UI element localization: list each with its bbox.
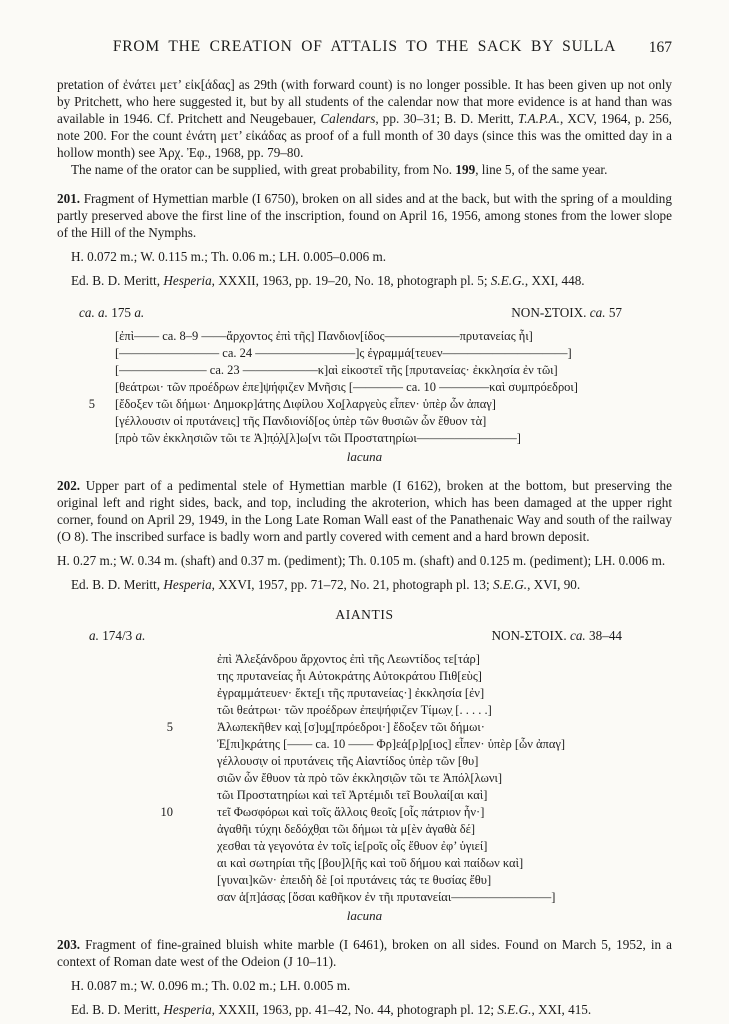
entry-203-text: Fragment of fine-grained bluish white ma…	[57, 937, 672, 969]
greek-text: σαν ἁ[π]άσα̣ς [ὅσαι καθῆκον ἐν τῆι πρυτα…	[217, 890, 555, 904]
inscription-202-line-8: σιῶν ὧν ἔθυον τὰ πρὸ τῶν ἐκκλησι̣ῶν τῶι …	[217, 770, 672, 787]
orator-note-ref-number: 199	[455, 162, 475, 177]
greek-text: ἀγαθῆι τύχηι δεδόχ̣θ̣αι τῶι δήμωι τὰ μ[ὲ…	[217, 822, 475, 836]
inscription-202: ἐπὶ Ἀλεξάνδρου ἄρχοντος ἐπὶ τῆς Λεωντίδο…	[217, 651, 672, 906]
book-page: FROM THE CREATION OF ATTALIS TO THE SACK…	[0, 0, 729, 1024]
entry-201-number: 201.	[57, 191, 80, 206]
entry-203-description: 203. Fragment of fine-grained bluish whi…	[57, 936, 672, 970]
entry-203-edition: Ed. B. D. Meritt, Hesperia, XXXII, 1963,…	[57, 1001, 672, 1018]
entry-202-number: 202.	[57, 478, 80, 493]
inscription-201-line-2: [———————— ca. 24 ————————]ς ἐγραμμά[τευε…	[115, 345, 672, 362]
entry-201-stoich-note: ΝΟΝ-ΣΤΟΙΧ. ca. 57	[511, 304, 672, 321]
inscription-201-line-1: [ἐπὶ—— ca. 8–9 ——ἄρχοντος ἐπὶ τῆς] Πανδι…	[115, 328, 672, 345]
intro-paragraph: pretation of ἐνάτει μετ’ εἰκ[άδας] as 29…	[57, 76, 672, 161]
inscription-202-line-1: ἐπὶ Ἀλεξάνδρου ἄρχοντος ἐπὶ τῆς Λεωντίδο…	[217, 651, 672, 668]
entry-202-stoich-value: 38–44	[586, 628, 622, 643]
greek-text: τῶι θεάτρωι· τῶν προέδρων ἐπεψήφιζεν Τίμ…	[217, 703, 492, 717]
intro-text-2: , pp. 30–31; B. D. Meritt,	[375, 111, 518, 126]
inscription-202-line-12: χεσθαι τὰ γεγονότα ἐν τοῖς ἱε[ροῖς οἷς ἔ…	[217, 838, 672, 855]
entry-202-ed-text-1: Ed. B. D. Meritt,	[71, 577, 163, 592]
line-number: 5	[89, 396, 95, 413]
entry-202-date-value: 174/3	[99, 628, 136, 643]
entry-202-dimensions: H. 0.27 m.; W. 0.34 m. (shaft) and 0.37 …	[57, 552, 672, 569]
entry-201-text: Fragment of Hymettian marble (I 6750), b…	[57, 191, 672, 240]
entry-201-stoich-ca: ca.	[590, 305, 606, 320]
entry-202-dating-row: a. 174/3 a. ΝΟΝ-ΣΤΟΙΧ. ca. 38–44	[57, 627, 672, 644]
greek-text: [ἔδοξεν τῶι δήμωι· Δημοκρ]άτης Διφίλου Χ…	[115, 397, 496, 411]
entry-202-date-a1: a.	[89, 628, 99, 643]
entry-201-ed-text-2: , XXXII, 1963, pp. 19–20, No. 18, photog…	[212, 273, 491, 288]
entry-202-text: Upper part of a pedimental stele of Hyme…	[57, 478, 672, 544]
entry-201-stoich-label: ΝΟΝ-ΣΤΟΙΧ.	[511, 305, 590, 320]
greek-text: Ἀλωπεκῆθεν κα̣ὶ̣ [σ]υ̣μ̣[πρόεδροι·] ἔδοξ…	[217, 720, 485, 734]
entry-203-number: 203.	[57, 937, 80, 952]
inscription-201: [ἐπὶ—— ca. 8–9 ——ἄρχοντος ἐπὶ τῆς] Πανδι…	[115, 328, 672, 447]
calendars-title: Calendars	[320, 111, 375, 126]
orator-note-text-1: The name of the orator can be supplied, …	[71, 162, 455, 177]
entry-201-date-value: 175	[108, 305, 134, 320]
greek-text: τῶι Προστατηρίωι καὶ τεῖ Ἀρτέμιδι τεῖ Βο…	[217, 788, 487, 802]
inscription-201-line-4: [θεάτρωι· τῶν προέδρων ἐπε]ψήφιζεν Μνῆσι…	[115, 379, 672, 396]
greek-text: Ἐ̣[πι]κ̣ράτης [—— ca. 10 —— Φρ]εά[ρ]ρ̣[ι…	[217, 737, 565, 751]
tapa-title: T.A.P.A.	[518, 111, 560, 126]
entry-201-date-a: a.	[134, 305, 144, 320]
inscription-202-line-10: 10τεῖ Φωσφόρωι καὶ τοῖς ἄλλοις θεοῖς [οἷ…	[217, 804, 672, 821]
entry-203-ed-text-2: , XXXII, 1963, pp. 41–42, No. 44, photog…	[212, 1002, 498, 1017]
greek-text: της πρυτανείας ἧι Αὐτοκράτης Αὐτοκράτου …	[217, 669, 482, 683]
entry-201-date: ca. a. 175 a.	[57, 304, 144, 321]
entry-201-stoich-value: 57	[606, 305, 622, 320]
inscription-202-line-7: γέλλουσι̣ν οἱ πρυτάνεις τῆς Αἰαντίδος ὑπ…	[217, 753, 672, 770]
inscription-201-line-3: [——————— ca. 23 ——————κ]αὶ εἰκοστεῖ τῆς …	[115, 362, 672, 379]
entry-201-dating-row: ca. a. 175 a. ΝΟΝ-ΣΤΟΙΧ. ca. 57	[57, 304, 672, 321]
entry-202-date-a2: a.	[136, 628, 146, 643]
entry-202-date: a. 174/3 a.	[57, 627, 145, 644]
inscription-202-line-9: τῶι Προστατηρίωι καὶ τεῖ Ἀρτέμιδι τεῖ Βο…	[217, 787, 672, 804]
inscription-201-line-6: [γέλλουσιν οἱ πρυτάνεις] τῆς Πανδιονίδ[ο…	[115, 413, 672, 430]
entry-202-description: 202. Upper part of a pedimental stele of…	[57, 477, 672, 545]
inscription-202-line-2: της πρυτανείας ἧι Αὐτοκράτης Αὐτοκράτου …	[217, 668, 672, 685]
greek-text: [———————— ca. 24 ————————]ς ἐγραμμά[τευε…	[115, 346, 572, 360]
inscription-202-line-13: αι καὶ σωτηρίαι τῆς [βου]λ[ῆς καὶ τοῦ δή…	[217, 855, 672, 872]
greek-text: ἐγραμμάτευεν· ἕκτε̣[ι τῆς πρυτανείας·] ἐ…	[217, 686, 484, 700]
greek-text: γέλλουσι̣ν οἱ πρυτάνεις τῆς Αἰαντίδος ὑπ…	[217, 754, 478, 768]
inscription-201-line-7: [πρὸ τῶν ἐκκλησιῶν τῶι τε Ἀ]π̣ό̣λ̣[λ]ω[ν…	[115, 430, 672, 447]
inscription-202-line-5: 5Ἀλωπεκῆθεν κα̣ὶ̣ [σ]υ̣μ̣[πρόεδροι·] ἔδο…	[217, 719, 672, 736]
line-number: 10	[161, 804, 174, 821]
entry-201-description: 201. Fragment of Hymettian marble (I 675…	[57, 190, 672, 241]
page-title: FROM THE CREATION OF ATTALIS TO THE SACK…	[113, 38, 616, 55]
greek-text: [γυναι]κῶν· ἐπειδὴ δὲ [οἱ πρυτάνεις τάς …	[217, 873, 491, 887]
entry-203-ed-text-1: Ed. B. D. Meritt,	[71, 1002, 163, 1017]
greek-text: τεῖ Φωσφόρωι καὶ τοῖς ἄλλοις θεοῖς [οἷς …	[217, 805, 484, 819]
inscription-202-line-3: ἐγραμμάτευεν· ἕκτε̣[ι τῆς πρυτανείας·] ἐ…	[217, 685, 672, 702]
entry-202-ed-text-3: , XVI, 90.	[527, 577, 580, 592]
entry-202-stoich-ca: ca.	[570, 628, 586, 643]
inscription-202-line-4: τῶι θεάτρωι· τῶν προέδρων ἐπεψήφιζεν Τίμ…	[217, 702, 672, 719]
entry-202-seg-title: S.E.G.	[493, 577, 527, 592]
entry-202-hesperia-title: Hesperia	[163, 577, 211, 592]
entry-201-dimensions: H. 0.072 m.; W. 0.115 m.; Th. 0.06 m.; L…	[57, 248, 672, 265]
greek-text: αι καὶ σωτηρίαι τῆς [βου]λ[ῆς καὶ τοῦ δή…	[217, 856, 523, 870]
entry-202-stoich-note: ΝΟΝ-ΣΤΟΙΧ. ca. 38–44	[491, 627, 672, 644]
entry-203-ed-text-3: , XXI, 415.	[531, 1002, 591, 1017]
entry-203-dimensions: H. 0.087 m.; W. 0.096 m.; Th. 0.02 m.; L…	[57, 977, 672, 994]
greek-text: ἐπὶ Ἀλεξάνδρου ἄρχοντος ἐπὶ τῆς Λεωντίδο…	[217, 652, 480, 666]
entry-203-seg-title: S.E.G.	[497, 1002, 531, 1017]
entry-201-seg-title: S.E.G.	[491, 273, 525, 288]
greek-text: [θεάτρωι· τῶν προέδρων ἐπε]ψήφιζεν Μνῆσι…	[115, 380, 578, 394]
entry-201-edition: Ed. B. D. Meritt, Hesperia, XXXII, 1963,…	[57, 272, 672, 289]
greek-text: [ἐπὶ—— ca. 8–9 ——ἄρχοντος ἐπὶ τῆς] Πανδι…	[115, 329, 533, 343]
inscription-202-lacuna: lacuna	[57, 907, 672, 924]
entry-202-edition: Ed. B. D. Meritt, Hesperia, XXVI, 1957, …	[57, 576, 672, 593]
page-number: 167	[649, 39, 672, 57]
entry-203-hesperia-title: Hesperia	[163, 1002, 211, 1017]
inscription-201-lacuna: lacuna	[57, 448, 672, 465]
greek-text: [——————— ca. 23 ——————κ]αὶ εἰκοστεῖ τῆς …	[115, 363, 558, 377]
inscription-202-line-15: σαν ἁ[π]άσα̣ς [ὅσαι καθῆκον ἐν τῆι πρυτα…	[217, 889, 672, 906]
greek-text: χεσθαι τὰ γεγονότα ἐν τοῖς ἱε[ροῖς οἷς ἔ…	[217, 839, 487, 853]
entry-201-hesperia-title: Hesperia	[163, 273, 211, 288]
greek-text: σιῶν ὧν ἔθυον τὰ πρὸ τῶν ἐκκλησι̣ῶν τῶι …	[217, 771, 502, 785]
inscription-202-line-14: [γυναι]κῶν· ἐπειδὴ δὲ [οἱ πρυτάνεις τάς …	[217, 872, 672, 889]
greek-text: [γέλλουσιν οἱ πρυτάνεις] τῆς Πανδιονίδ[ο…	[115, 414, 486, 428]
entry-202-ed-text-2: , XXVI, 1957, pp. 71–72, No. 21, photogr…	[212, 577, 493, 592]
entry-201-ed-text-1: Ed. B. D. Meritt,	[71, 273, 163, 288]
tribe-heading-aiantis: AIANTIS	[57, 607, 672, 623]
orator-note-text-2: , line 5, of the same year.	[475, 162, 607, 177]
inscription-201-line-5: 5[ἔδοξεν τῶι δήμωι· Δημοκρ]άτης Διφίλου …	[115, 396, 672, 413]
entry-201-date-ca: ca. a.	[79, 305, 108, 320]
entry-201-ed-text-3: , XXI, 448.	[525, 273, 585, 288]
entry-202-stoich-label: ΝΟΝ-ΣΤΟΙΧ.	[491, 628, 570, 643]
running-head: FROM THE CREATION OF ATTALIS TO THE SACK…	[57, 38, 672, 56]
greek-text: [πρὸ τῶν ἐκκλησιῶν τῶι τε Ἀ]π̣ό̣λ̣[λ]ω[ν…	[115, 431, 521, 445]
inscription-202-line-11: ἀγαθῆι τύχηι δεδόχ̣θ̣αι τῶι δήμωι τὰ μ[ὲ…	[217, 821, 672, 838]
inscription-202-line-6: Ἐ̣[πι]κ̣ράτης [—— ca. 10 —— Φρ]εά[ρ]ρ̣[ι…	[217, 736, 672, 753]
line-number: 5	[167, 719, 173, 736]
orator-note: The name of the orator can be supplied, …	[57, 161, 672, 178]
